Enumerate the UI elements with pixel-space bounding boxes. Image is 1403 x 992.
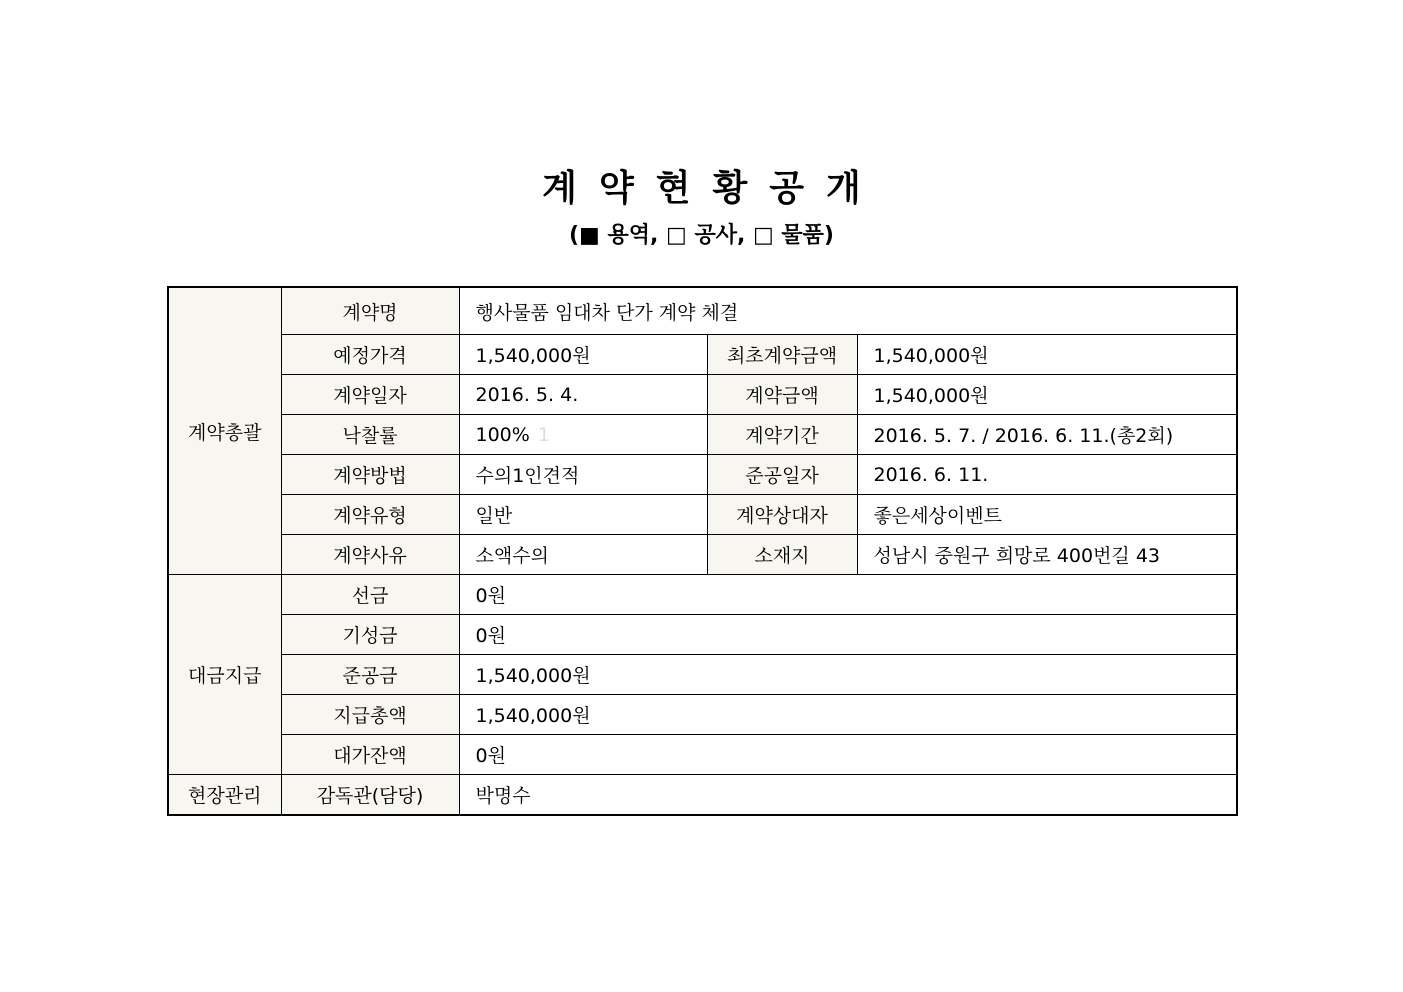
value-bid-rate: 100% (476, 424, 530, 446)
table-row: 계약방법 수의1인견적 준공일자 2016. 6. 11. (168, 455, 1237, 495)
label-contract-type: 계약유형 (281, 495, 459, 535)
label-contract-name: 계약명 (281, 287, 459, 335)
label-contract-date: 계약일자 (281, 375, 459, 415)
table-row: 계약일자 2016. 5. 4. 계약금액 1,540,000원 (168, 375, 1237, 415)
value-contract-date: 2016. 5. 4. (459, 375, 707, 415)
value-estimated-price: 1,540,000원 (459, 335, 707, 375)
table-row: 현장관리 감독관(담당) 박명수 (168, 775, 1237, 816)
value-total-paid: 1,540,000원 (459, 695, 1237, 735)
label-location: 소재지 (707, 535, 857, 575)
value-bid-rate-cell: 100%1 (459, 415, 707, 455)
faint-suffix: 1 (538, 424, 550, 446)
table-row: 계약사유 소액수의 소재지 성남시 중원구 희망로 400번길 43 (168, 535, 1237, 575)
label-contract-method: 계약방법 (281, 455, 459, 495)
label-bid-rate: 낙찰률 (281, 415, 459, 455)
table-row: 예정가격 1,540,000원 최초계약금액 1,540,000원 (168, 335, 1237, 375)
table-row: 지급총액 1,540,000원 (168, 695, 1237, 735)
value-completion-payment: 1,540,000원 (459, 655, 1237, 695)
value-initial-amount: 1,540,000원 (857, 335, 1237, 375)
table-row: 대금지급 선금 0원 (168, 575, 1237, 615)
value-completion-date: 2016. 6. 11. (857, 455, 1237, 495)
value-contract-amount: 1,540,000원 (857, 375, 1237, 415)
label-initial-amount: 최초계약금액 (707, 335, 857, 375)
contract-status-table: 계약총괄 계약명 행사물품 임대차 단가 계약 체결 예정가격 1,540,00… (167, 286, 1238, 816)
value-advance-payment: 0원 (459, 575, 1237, 615)
value-counterparty: 좋은세상이벤트 (857, 495, 1237, 535)
group-label-summary: 계약총괄 (168, 287, 281, 575)
table-row: 기성금 0원 (168, 615, 1237, 655)
label-contract-amount: 계약금액 (707, 375, 857, 415)
label-advance-payment: 선금 (281, 575, 459, 615)
label-completion-date: 준공일자 (707, 455, 857, 495)
label-counterparty: 계약상대자 (707, 495, 857, 535)
table-row: 낙찰률 100%1 계약기간 2016. 5. 7. / 2016. 6. 11… (168, 415, 1237, 455)
value-supervisor: 박명수 (459, 775, 1237, 816)
label-remaining-balance: 대가잔액 (281, 735, 459, 775)
table-row: 계약총괄 계약명 행사물품 임대차 단가 계약 체결 (168, 287, 1237, 335)
value-contract-type: 일반 (459, 495, 707, 535)
contract-category-subtitle: (■ 용역, □ 공사, □ 물품) (0, 218, 1403, 249)
label-completion-payment: 준공금 (281, 655, 459, 695)
label-supervisor: 감독관(담당) (281, 775, 459, 816)
page-title: 계약현황공개 (0, 160, 1403, 211)
label-contract-period: 계약기간 (707, 415, 857, 455)
label-progress-payment: 기성금 (281, 615, 459, 655)
table-row: 준공금 1,540,000원 (168, 655, 1237, 695)
group-label-payment: 대금지급 (168, 575, 281, 775)
value-location: 성남시 중원구 희망로 400번길 43 (857, 535, 1237, 575)
table-row: 계약유형 일반 계약상대자 좋은세상이벤트 (168, 495, 1237, 535)
group-label-site: 현장관리 (168, 775, 281, 816)
value-contract-period: 2016. 5. 7. / 2016. 6. 11.(총2회) (857, 415, 1237, 455)
label-contract-reason: 계약사유 (281, 535, 459, 575)
value-progress-payment: 0원 (459, 615, 1237, 655)
table-row: 대가잔액 0원 (168, 735, 1237, 775)
label-estimated-price: 예정가격 (281, 335, 459, 375)
value-remaining-balance: 0원 (459, 735, 1237, 775)
label-total-paid: 지급총액 (281, 695, 459, 735)
value-contract-name: 행사물품 임대차 단가 계약 체결 (459, 287, 1237, 335)
value-contract-reason: 소액수의 (459, 535, 707, 575)
value-contract-method: 수의1인견적 (459, 455, 707, 495)
